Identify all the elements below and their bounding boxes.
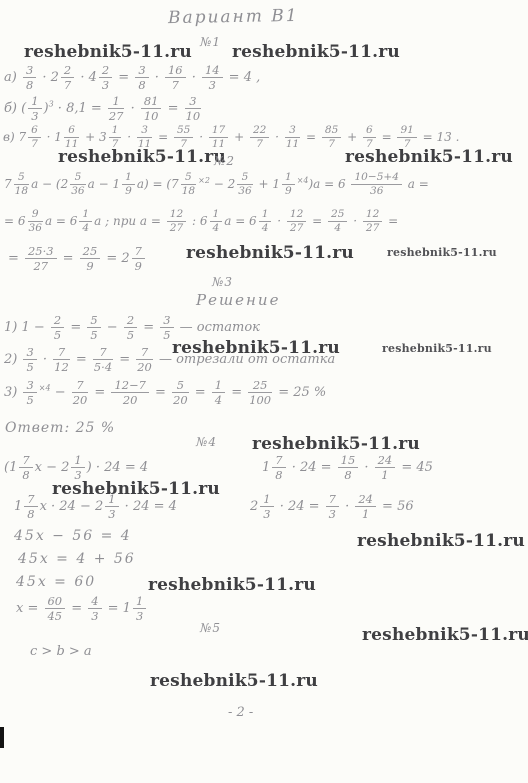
math-line-n2-1: 7518a − (2536a − 119a) = (7518×2 − 2536 … <box>4 172 429 197</box>
page-title: Вариант В1 <box>168 7 299 28</box>
section-label-4: №4 <box>196 436 217 449</box>
watermark: reshebnik5-11.ru <box>232 42 400 62</box>
watermark: reshebnik5-11.ru <box>150 671 318 691</box>
section-label-1: №1 <box>200 36 221 49</box>
watermark: reshebnik5-11.ru <box>357 531 525 551</box>
math-line-n3-2: 2) 35 · 712 = 75·4 = 720 — отрезали от о… <box>4 346 335 373</box>
watermark: reshebnik5-11.ru <box>252 434 420 454</box>
math-line-n5-1: c > b > a <box>30 645 92 659</box>
math-line-n3-1: 1) 1 − 25 = 55 − 25 = 35 — остаток <box>4 314 260 341</box>
math-line-n3-3: 3) 35×4 − 720 = 12−720 = 520 = 14 = 2510… <box>4 379 326 406</box>
watermark: reshebnik5-11.ru <box>186 243 354 263</box>
section-label-3: №3 <box>212 276 233 289</box>
answer-line: Ответ: 25 % <box>5 421 115 436</box>
watermark: reshebnik5-11.ru <box>148 575 316 595</box>
math-line-n1-v: в) 767 · 1611 + 317 · 311 = 557 · 1711 +… <box>3 125 459 150</box>
solution-heading: Решение <box>196 292 280 309</box>
math-line-n1-b: б) (13)3 · 8,1 = 127 · 8110 = 310 <box>4 95 203 122</box>
math-line-n4-left-5: 45x = 60 <box>16 575 96 590</box>
section-label-2: №2 <box>214 155 235 168</box>
watermark: reshebnik5-11.ru <box>24 42 192 62</box>
math-line-n2-3: = 25·327 = 259 = 279 <box>8 245 147 272</box>
math-line-n2-2: = 6936a = 614a ; при a = 1227 : 614a = 6… <box>4 209 398 234</box>
math-line-n4-left-4: 45x = 4 + 56 <box>18 552 136 567</box>
math-line-n4-left-3: 45x − 56 = 4 <box>14 529 132 544</box>
watermark: reshebnik5-11.ru <box>387 246 497 259</box>
watermark: reshebnik5-11.ru <box>362 625 528 645</box>
scan-edge-artifact <box>0 727 4 748</box>
math-line-n1-a: а) 38 · 227 · 423 = 38 · 167 · 143 = 4 , <box>4 64 260 91</box>
section-label-5: №5 <box>200 622 221 635</box>
math-line-n4-right-2: 213 · 24 = 73 · 241 = 56 <box>250 493 414 520</box>
math-line-n4-left-1: (178x − 213) · 24 = 4 <box>4 454 148 481</box>
watermark: reshebnik5-11.ru <box>382 342 492 355</box>
scanned-worksheet-page: reshebnik5-11.ru reshebnik5-11.ru resheb… <box>0 0 528 783</box>
math-line-n4-left-6: x = 6045 = 43 = 113 <box>16 595 148 622</box>
math-line-n4-right-1: 178 · 24 = 158 · 241 = 45 <box>262 454 433 481</box>
math-line-n4-left-2: 178x · 24 − 213 · 24 = 4 <box>14 493 177 520</box>
page-number: - 2 - <box>228 706 253 720</box>
